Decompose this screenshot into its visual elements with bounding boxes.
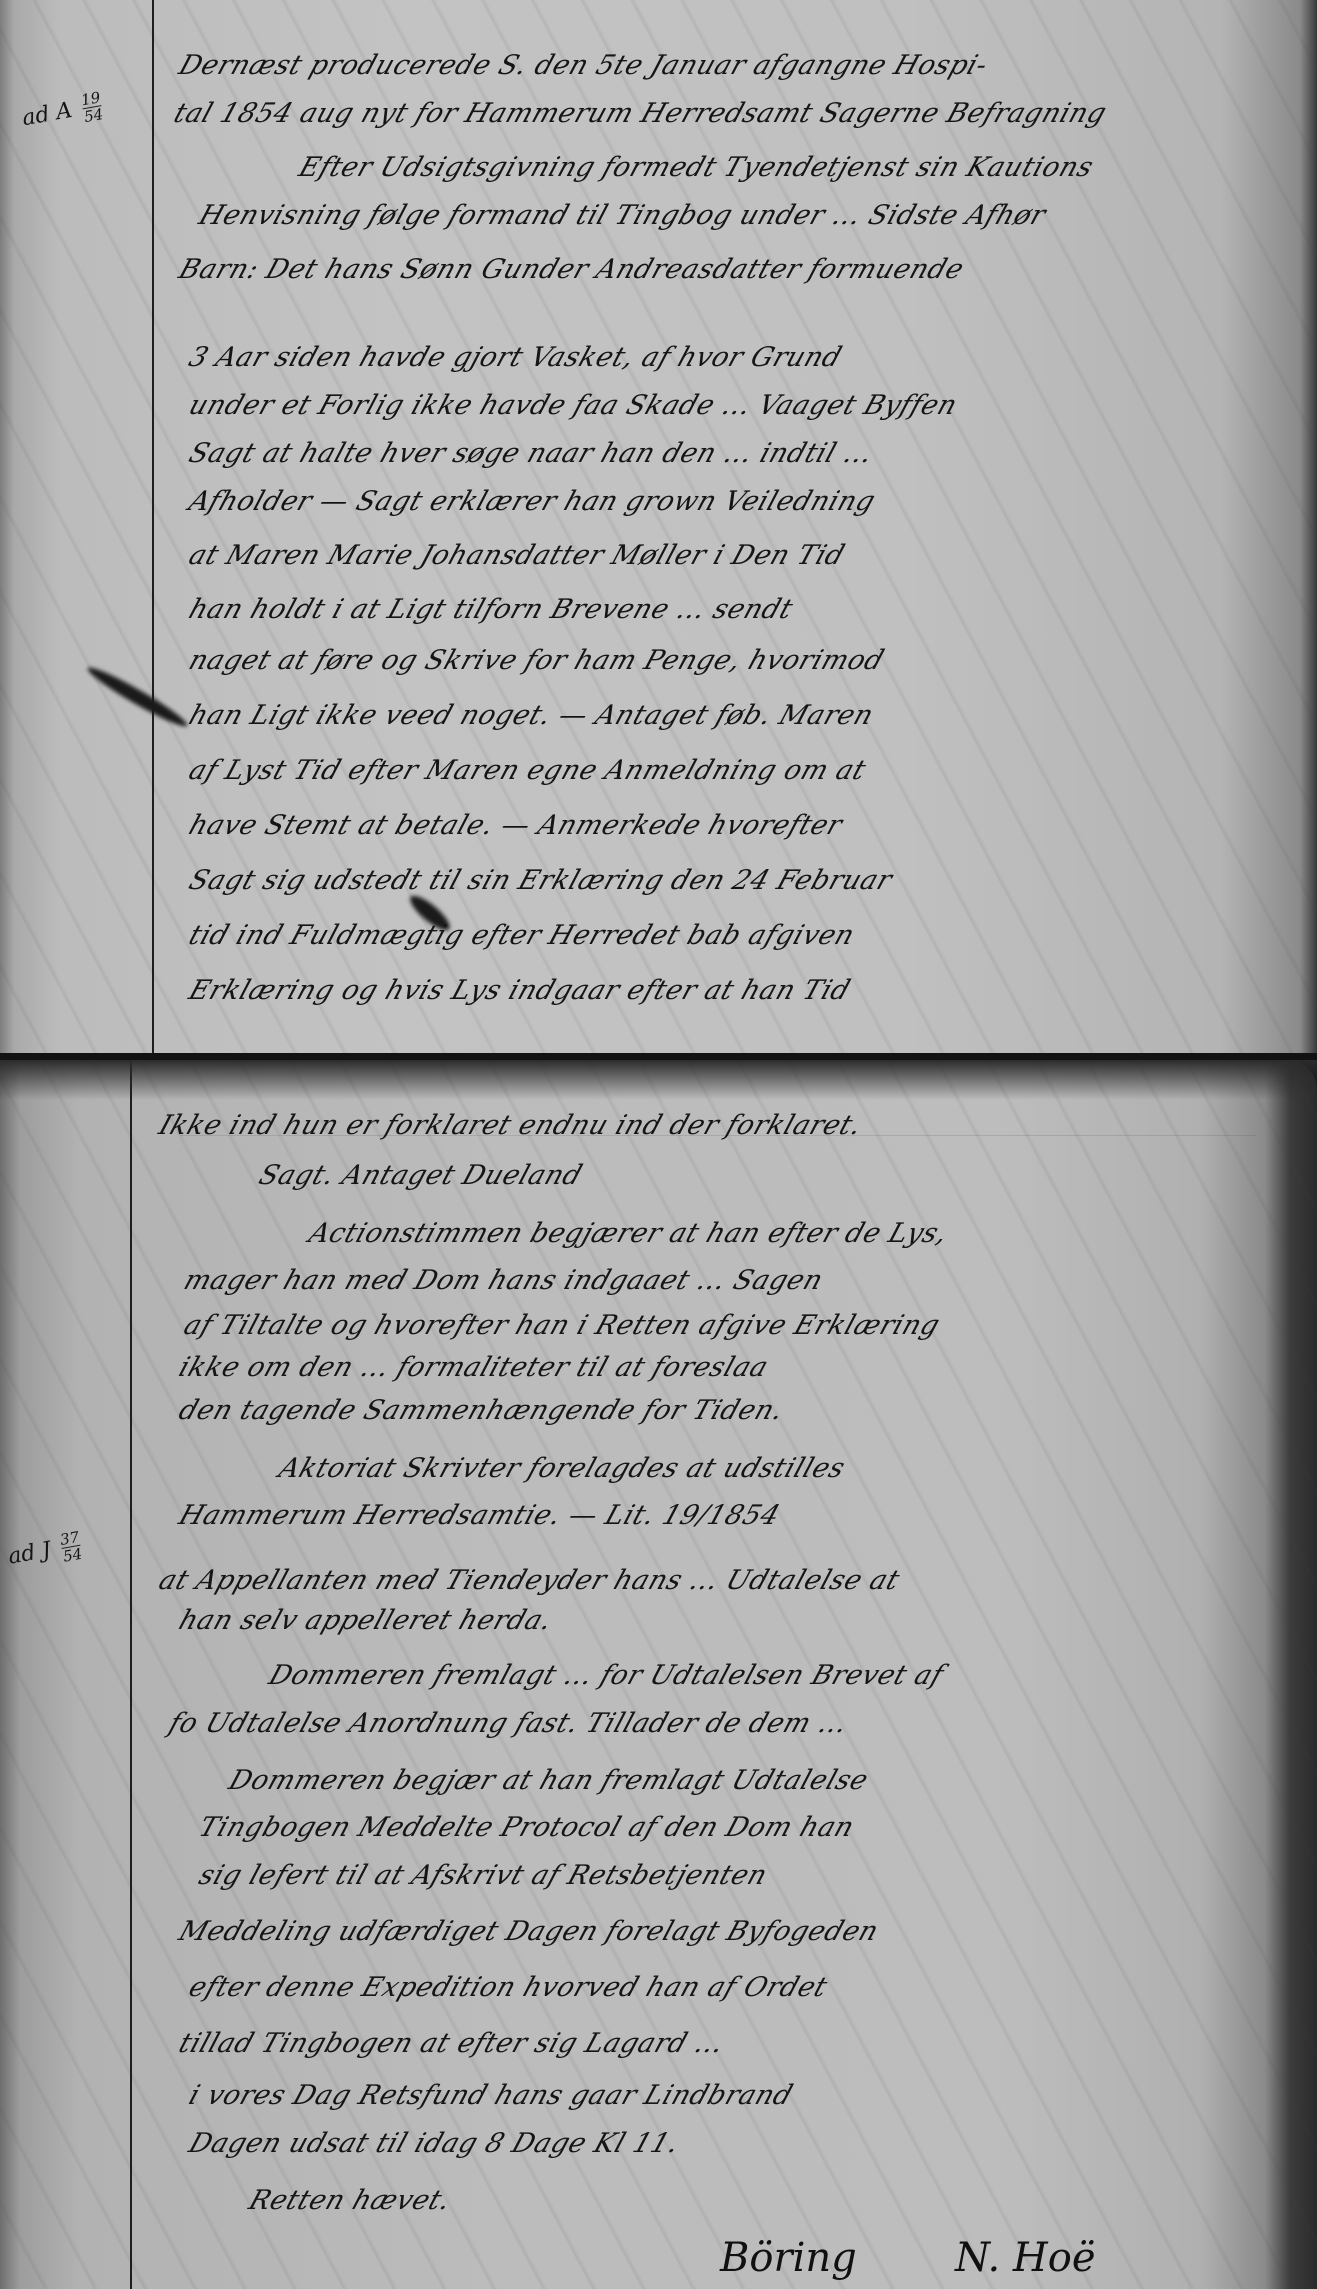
text-line: ikke om den ... formaliteter til at fore… bbox=[175, 1352, 772, 1383]
binding-shadow bbox=[0, 1060, 1317, 1100]
text-line: at Maren Marie Johansdatter Møller i Den… bbox=[185, 540, 849, 571]
text-line: efter denne Expedition hvorved han af Or… bbox=[185, 1972, 831, 2003]
text-line: have Stemt at betale. — Anmerkede hvoref… bbox=[185, 810, 846, 841]
handwritten-text-block: Ikke ind hun er forklaret endnu ind der … bbox=[150, 1060, 1280, 2289]
text-line: Sagt sig udstedt til sin Erklæring den 2… bbox=[185, 865, 896, 896]
text-line: han selv appelleret herda. bbox=[175, 1605, 556, 1636]
margin-reference-note: ad A 19 54 bbox=[20, 89, 105, 135]
margin-note-fraction: 19 54 bbox=[80, 89, 105, 125]
text-line: Retten hævet. bbox=[245, 2185, 455, 2216]
margin-rule bbox=[130, 1060, 132, 2289]
text-line: Dommeren fremlagt ... for Udtalelsen Bre… bbox=[265, 1660, 948, 1691]
text-line: af Tiltalte og hvorefter han i Retten af… bbox=[180, 1310, 944, 1341]
text-line: at Appellanten med Tiendeyder hans ... U… bbox=[155, 1565, 904, 1596]
fraction-denominator: 54 bbox=[83, 105, 105, 125]
text-line: Ikke ind hun er forklaret endnu ind der … bbox=[155, 1110, 866, 1141]
margin-note-prefix: ad A bbox=[20, 98, 74, 131]
text-line: i vores Dag Retsfund hans gaar Lindbrand bbox=[185, 2080, 797, 2111]
bottom-page-scan: ad J 37 54 Ikke ind hun er forklaret end… bbox=[0, 1060, 1317, 2289]
text-line: Aktoriat Skrivter forelagdes at udstille… bbox=[275, 1453, 849, 1484]
text-line: tal 1854 aug nyt for Hammerum Herredsamt… bbox=[170, 98, 1111, 129]
text-line: Hammerum Herredsamtie. — Lit. 19/1854 bbox=[175, 1500, 784, 1531]
margin-rule bbox=[152, 0, 154, 1053]
margin-note-prefix: ad J bbox=[6, 1538, 53, 1570]
text-line: Meddeling udfærdiget Dagen forelagt Byfo… bbox=[175, 1916, 883, 1947]
text-line: Barn: Det hans Sønn Gunder Andreasdatter… bbox=[175, 254, 968, 285]
text-line: mager han med Dom hans indgaaet ... Sage… bbox=[180, 1265, 827, 1296]
text-line: Efter Udsigtsgivning formedt Tyendetjens… bbox=[295, 152, 1097, 183]
signature-n-hoe: N. Hoë bbox=[955, 2235, 1096, 2281]
text-line: Erklæring og hvis Lys indgaar efter at h… bbox=[185, 975, 854, 1006]
signature-boring: Böring bbox=[720, 2235, 857, 2281]
ink-smudge bbox=[84, 662, 191, 732]
text-line: han Ligt ikke veed noget. — Antaget føb.… bbox=[185, 700, 878, 731]
text-line: den tagende Sammenhængende for Tiden. bbox=[175, 1395, 788, 1426]
text-line: Tingbogen Meddelte Protocol af den Dom h… bbox=[195, 1812, 858, 1843]
fraction-denominator: 54 bbox=[62, 1545, 84, 1565]
text-line: Sagt at halte hver søge naar han den ...… bbox=[185, 438, 877, 469]
text-line: Dernæst producerede S. den 5te Januar af… bbox=[175, 50, 992, 81]
margin-reference-note: ad J 37 54 bbox=[6, 1529, 84, 1574]
text-line: under et Forlig ikke havde faa Skade ...… bbox=[185, 390, 961, 421]
text-line: han holdt i at Ligt tilforn Brevene ... … bbox=[185, 594, 797, 625]
text-line: Dagen udsat til idag 8 Dage Kl 11. bbox=[185, 2128, 683, 2159]
text-line: 3 Aar siden havde gjort Vasket, af hvor … bbox=[185, 342, 846, 373]
text-line: Henvisning følge formand til Tingbog und… bbox=[195, 200, 1050, 231]
text-line: naget at føre og Skrive for ham Penge, h… bbox=[185, 645, 888, 676]
text-line: Sagt. Antaget Dueland bbox=[255, 1160, 586, 1191]
top-page-scan: ad A 19 54 Dernæst producerede S. den 5t… bbox=[0, 0, 1317, 1053]
text-line: fo Udtalelse Anordnung fast. Tillader de… bbox=[165, 1708, 852, 1739]
text-line: af Lyst Tid efter Maren egne Anmeldning … bbox=[185, 755, 870, 786]
text-line: Afholder — Sagt erklærer han grown Veile… bbox=[185, 486, 879, 517]
text-line: tid ind Fuldmægtig efter Herredet bab af… bbox=[185, 920, 859, 951]
text-line: Actionstimmen begjærer at han efter de L… bbox=[305, 1218, 952, 1249]
text-line: tillad Tingbogen at efter sig Lagard ... bbox=[175, 2028, 728, 2059]
margin-note-fraction: 37 54 bbox=[59, 1529, 84, 1565]
handwritten-text-block: Dernæst producerede S. den 5te Januar af… bbox=[180, 0, 1300, 1053]
text-line: Dommeren begjær at han fremlagt Udtalels… bbox=[225, 1765, 872, 1796]
text-line: sig lefert til at Afskrivt af Retsbetjen… bbox=[195, 1860, 771, 1891]
